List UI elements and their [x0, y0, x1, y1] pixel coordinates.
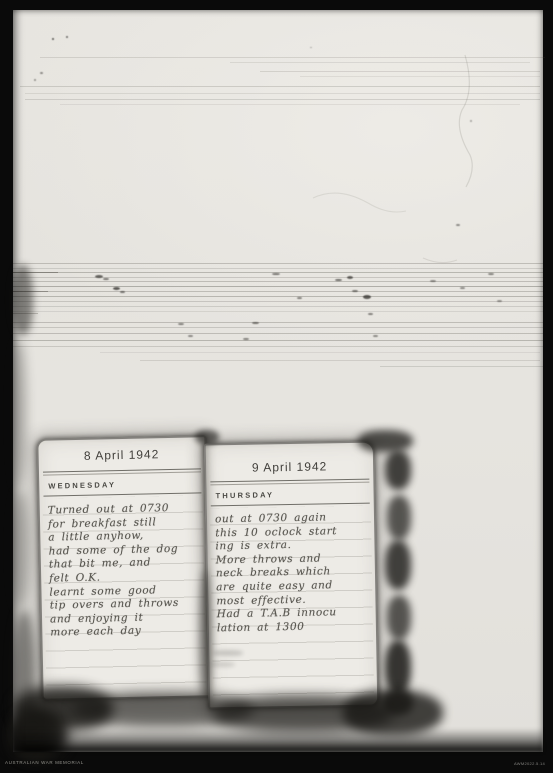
toner-smudge — [13, 340, 27, 490]
photo-frame: 8 April 1942 WEDNESDAY Turned out at 073… — [0, 0, 553, 773]
toner-smudge — [195, 430, 219, 444]
toner-smudge — [387, 495, 411, 540]
toner-smudge — [385, 450, 411, 490]
toner-smudge — [213, 650, 243, 656]
toner-smudge — [211, 662, 235, 667]
archive-caption: AUSTRALIAN WAR MEMORIAL — [5, 760, 84, 765]
toner-smudges-layer — [13, 10, 543, 752]
toner-smudge — [358, 430, 413, 452]
scanned-paper: 8 April 1942 WEDNESDAY Turned out at 073… — [13, 10, 543, 752]
reference-caption: AWM2022.5.14 — [514, 761, 545, 766]
scan-bottom-fuzz — [13, 728, 543, 752]
toner-smudge — [385, 540, 411, 590]
toner-smudge — [13, 265, 33, 335]
toner-smudge — [13, 490, 29, 610]
toner-smudge — [199, 570, 211, 700]
toner-smudge — [385, 640, 411, 695]
toner-smudge — [387, 595, 411, 640]
